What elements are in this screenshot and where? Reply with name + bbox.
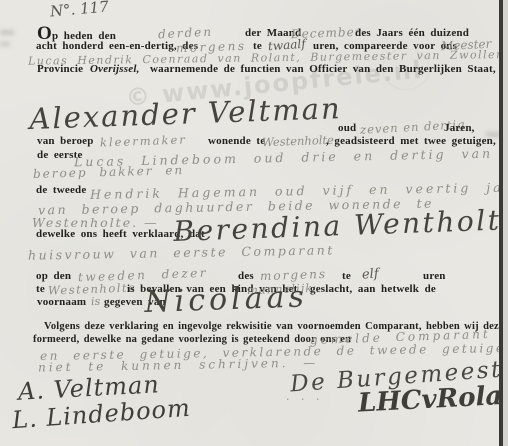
- printed-te2: te: [342, 271, 351, 283]
- scanned-birth-act: N°. 117 © www.joopfrele.nl Op heden den …: [0, 0, 508, 446]
- handwritten-residence: Westenholte: [262, 134, 334, 149]
- scan-edge-outer: [503, 0, 508, 446]
- act-number: N°. 117: [49, 0, 109, 20]
- burgemeester-signature: LHCvRolant: [357, 381, 508, 417]
- handwritten-occupation: kleermaker: [100, 133, 187, 148]
- child-name: Nicolaas: [144, 281, 308, 318]
- printed-jaren: Jaren,: [444, 123, 475, 135]
- printed-uren2: uren: [423, 271, 446, 283]
- printed-de-tweede: de tweede: [36, 185, 86, 197]
- printed-formeerd: formeerd, dewelke na gedane voorlezing i…: [33, 334, 351, 345]
- handwritten-birth-hour: elf: [362, 267, 380, 282]
- printed-van-beroep: van beroep: [37, 136, 94, 148]
- handwritten-huisvrouw: huisvrouw van eerste Comparant: [28, 243, 335, 261]
- printed-waarnemende: waarnemende de functien van Officier van…: [150, 64, 496, 76]
- handwritten-day: derden: [158, 26, 214, 41]
- printed-overijssel: Overijssel,: [90, 64, 140, 76]
- printed-oud: oud: [338, 123, 356, 135]
- scan-bleedthrough-mark: [0, 30, 14, 35]
- printed-acht-honderd: acht honderd een-en-dertig, des: [36, 41, 198, 53]
- handwritten-is: is: [91, 296, 101, 308]
- printed-wonende-te: wonende te: [208, 136, 265, 148]
- declarant-name: Alexander Veltman: [29, 93, 342, 134]
- printed-geslacht: geslacht, aan hetwelk de: [310, 284, 436, 296]
- handwritten-closing-3: niet te kunnen schrijven. —: [38, 357, 318, 374]
- scan-edge-dark: [499, 0, 503, 446]
- printed-provincie: Provincie: [37, 64, 83, 76]
- scan-bleedthrough-mark: [0, 42, 10, 46]
- printed-voornaam: voornaam: [37, 297, 86, 309]
- printed-op-den: op den: [36, 271, 71, 283]
- printed-te3: te: [36, 284, 45, 296]
- handwritten-witness1-cont: beroep bakker en: [33, 164, 184, 181]
